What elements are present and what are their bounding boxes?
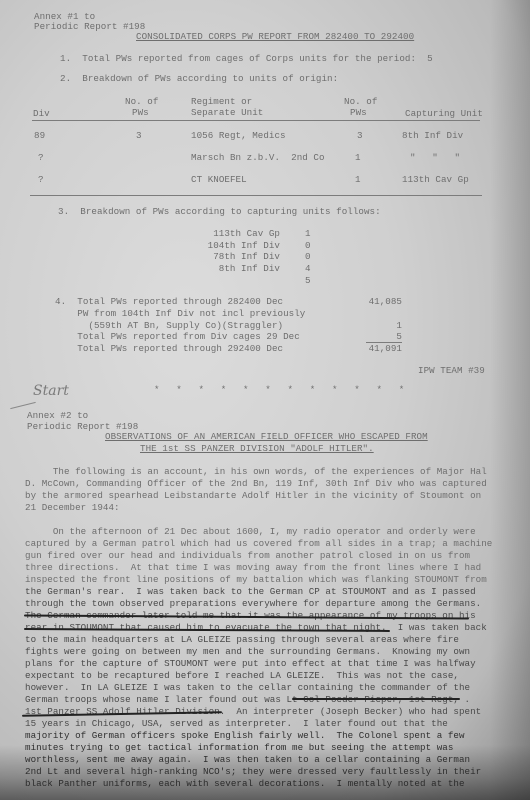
- body-line: captured by a German patrol which had us…: [25, 538, 492, 550]
- body-line: On the afternoon of 21 Dec about 1600, I…: [25, 526, 476, 538]
- row-unit: 1056 Regt, Medics: [191, 130, 286, 142]
- handwritten-start-note: Start: [33, 383, 69, 399]
- col-header-num1-line1: No. of: [125, 96, 158, 108]
- annex1-item3: 3. Breakdown of PWs according to capturi…: [58, 206, 381, 218]
- body-line: three directions. At that time I was mov…: [25, 562, 481, 574]
- intro-line: D. McCown, Commanding Officer of the 2nd…: [25, 478, 487, 490]
- body-line: gun fired over our head and individuals …: [25, 550, 470, 562]
- ipw-team-signature: IPW TEAM #39: [418, 365, 485, 377]
- intro-line: 21 December 1944:: [25, 502, 120, 514]
- col-header-regiment-line2: Separate Unit: [191, 107, 263, 119]
- row-div: 89: [34, 130, 45, 142]
- handwritten-stroke: [10, 402, 35, 409]
- page-shadow-right: [490, 0, 530, 800]
- totals-line-value: 1: [340, 320, 402, 332]
- row-capturing: " " ": [410, 152, 460, 164]
- col-header-capturing-unit: Capturing Unit: [405, 108, 483, 120]
- row-capturing: 113th Cav Gp: [402, 174, 469, 186]
- totals-line-label: PW from 104th Inf Div not incl previousl…: [55, 308, 305, 320]
- totals-line-value: 5: [340, 331, 402, 343]
- row-capturing: 8th Inf Div: [402, 130, 463, 142]
- body-line: however. In LA GLEIZE I was taken to the…: [25, 682, 470, 694]
- list-item-unit: 113th Cav Gp: [190, 228, 280, 240]
- body-line: the German's rear. I was taken back to t…: [25, 586, 476, 598]
- table-header-rule: [32, 120, 480, 121]
- body-line: plans for the capture of STOUMONT were p…: [25, 658, 476, 670]
- totals-line-label: Total PWs reported from Div cages 29 Dec: [55, 331, 300, 343]
- body-line: 1st Panzer SS Adolf Hitler Division. An …: [25, 706, 481, 718]
- row-num1: 3: [136, 130, 142, 142]
- annex1-title: CONSOLIDATED CORPS PW REPORT FROM 282400…: [136, 31, 414, 43]
- totals-line-value: 41,091: [340, 343, 402, 355]
- list-item-unit: 104th Inf Div: [180, 240, 280, 252]
- list-item-count: 0: [305, 240, 311, 252]
- annex2-title-line1: OBSERVATIONS OF AN AMERICAN FIELD OFFICE…: [105, 431, 428, 443]
- list-item-count: 0: [305, 251, 311, 263]
- col-header-regiment-line1: Regiment or: [191, 96, 252, 108]
- table-bottom-rule: [30, 195, 482, 196]
- pen-underline: [292, 698, 460, 700]
- body-line: expectant to be recaptured before I reac…: [25, 670, 459, 682]
- totals-line-label: Total PWs reported through 292400 Dec: [55, 343, 283, 355]
- capturing-total: 5: [305, 275, 311, 287]
- list-item-unit: 78th Inf Div: [180, 251, 280, 263]
- row-unit: Marsch Bn z.b.V. 2nd Co: [191, 152, 325, 164]
- body-line: 15 years in Chicago, USA, served as inte…: [25, 718, 448, 730]
- row-num2: 1: [355, 174, 361, 186]
- row-unit: CT KNOEFEL: [191, 174, 247, 186]
- totals-line-value: 41,085: [340, 296, 402, 308]
- list-item-count: 4: [305, 263, 311, 275]
- annex2-header-line1: Annex #2 to: [27, 410, 88, 422]
- row-div: ?: [38, 174, 44, 186]
- intro-line: The following is an account, in his own …: [25, 466, 487, 478]
- document-page: Annex #1 to Periodic Report #198 CONSOLI…: [0, 0, 530, 800]
- col-header-num2-line1: No. of: [344, 96, 377, 108]
- list-item-count: 1: [305, 228, 311, 240]
- body-line: through the town observed preparations e…: [25, 598, 481, 610]
- row-num2: 3: [357, 130, 363, 142]
- row-div: ?: [38, 152, 44, 164]
- body-line: majority of German officers spoke Englis…: [25, 730, 465, 742]
- annex2-title-line2: THE 1st SS PANZER DIVISION "ADOLF HITLER…: [140, 443, 374, 455]
- body-line: fights were going on between my men and …: [25, 646, 470, 658]
- page-shadow-bottom: [0, 745, 530, 800]
- section-separator: * * * * * * * * * * * *: [154, 384, 404, 396]
- annex1-header-line2: Periodic Report #198: [34, 21, 145, 33]
- totals-line-label: (559th AT Bn, Supply Co)(Straggler): [55, 320, 283, 332]
- intro-line: by the armored spearhead Leibstandarte A…: [25, 490, 481, 502]
- totals-line-label: 4. Total PWs reported through 282400 Dec: [55, 296, 283, 308]
- body-line: inspected the front line positions of my…: [25, 574, 487, 586]
- col-header-num2-line2: PWs: [350, 107, 367, 119]
- row-num2: 1: [355, 152, 361, 164]
- annex1-item1: 1. Total PWs reported from cages of Corp…: [60, 53, 433, 65]
- col-header-num1-line2: PWs: [132, 107, 149, 119]
- list-item-unit: 8th Inf Div: [180, 263, 280, 275]
- annex1-item2: 2. Breakdown of PWs according to units o…: [60, 73, 338, 85]
- col-header-div: Div: [33, 108, 50, 120]
- body-line: to the main headquarters at LA GLEIZE pa…: [25, 634, 459, 646]
